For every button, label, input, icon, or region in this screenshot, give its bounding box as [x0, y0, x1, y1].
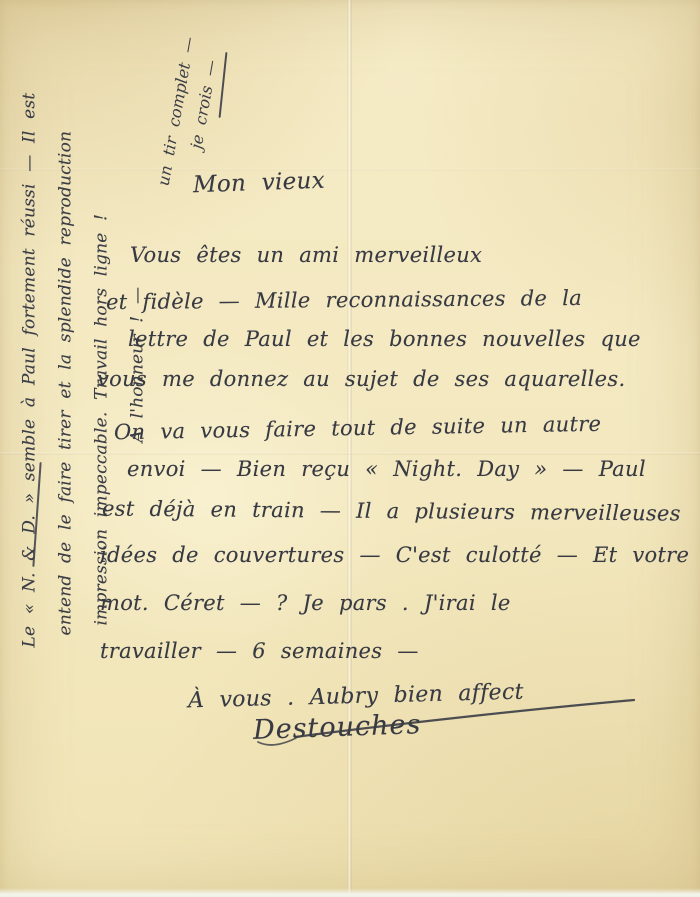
page-bottom-edge [0, 888, 700, 897]
margin-note-line: Le « N. & D. » semble à Paul fortement r… [12, 3, 48, 648]
body-line: Vous êtes un ami merveilleux [130, 243, 482, 267]
salutation: Mon vieux [193, 168, 326, 199]
margin-note-line: entend de le faire tirer et la splendide… [48, 3, 84, 648]
body-line: idées de couvertures — C'est culotté — E… [100, 543, 689, 567]
body-line: lettre de Paul et les bonnes nouvelles q… [128, 327, 641, 351]
vertical-fold-crease [347, 0, 352, 897]
closing-line: À vous . Aubry bien affect [188, 680, 524, 714]
body-line: est déjà en train — Il a plusieurs merve… [102, 496, 681, 525]
body-line: envoi — Bien reçu « Night. Day » — Paul [127, 457, 646, 481]
signature: Destouches [253, 709, 422, 746]
body-line: mot. Céret — ? Je pars . J'irai le [100, 591, 511, 615]
letter-page: Le « N. & D. » semble à Paul fortement r… [0, 0, 700, 897]
body-line: et fidèle — Mille reconnaissances de la [106, 286, 582, 314]
body-line: vous me donnez au sujet de ses aquarelle… [97, 367, 625, 391]
body-line: On va vous faire tout de suite un autre [114, 412, 602, 445]
body-line: travailler — 6 semaines — [100, 639, 419, 663]
